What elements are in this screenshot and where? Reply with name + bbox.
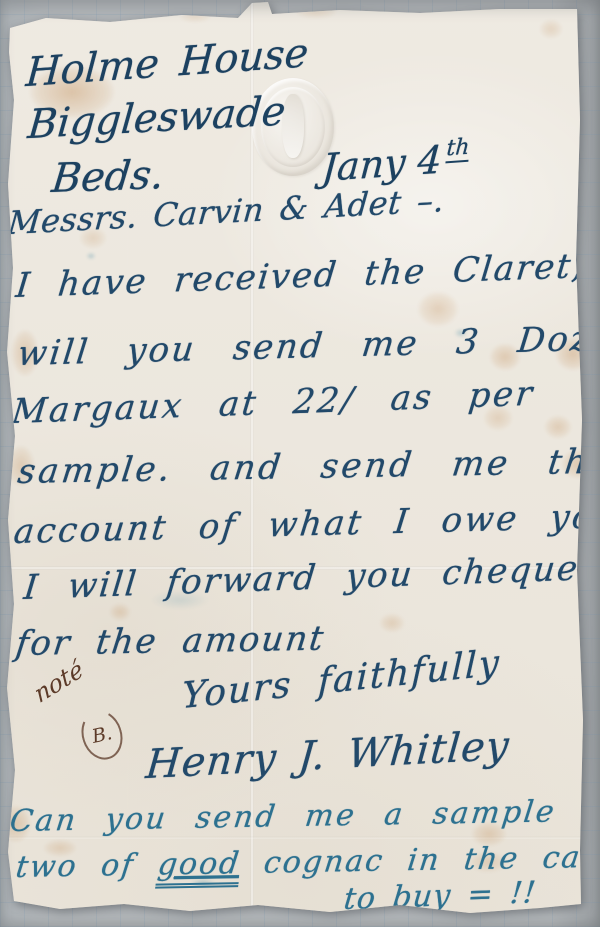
ink-smudge: [86, 252, 96, 260]
date-ordinal-superscript: th: [446, 135, 471, 164]
letter-date: Jany 4th: [320, 136, 470, 191]
foxing-stain: [110, 604, 130, 620]
postscript-emphasis-good: good: [155, 846, 243, 889]
foxing-stain: [418, 292, 458, 326]
letter-paper: Holme House Biggleswade Beds. Jany 4th M…: [0, 0, 600, 927]
foxing-stain: [540, 20, 562, 38]
letterhead-address-line-3: Beds.: [50, 152, 167, 202]
dealer-mark: B.: [90, 722, 114, 748]
dealer-mark-circle: B.: [75, 705, 128, 765]
body-line-6: I will forward you cheque: [22, 549, 581, 609]
body-line-3: Margaux at 22/ as per: [10, 374, 537, 432]
body-line-7: for the amount: [14, 619, 328, 664]
letter-photograph: Holme House Biggleswade Beds. Jany 4th M…: [0, 0, 600, 927]
postscript-line-2-post: cognac in the case: [238, 839, 600, 881]
postscript-line-3-post: = !!: [449, 875, 538, 913]
postscript-line-2-pre: two of: [14, 847, 160, 885]
paper-shadow: Holme House Biggleswade Beds. Jany 4th M…: [0, 0, 600, 927]
signature: Henry J. Whitley: [144, 723, 511, 788]
postscript-line-3: to buy = !!: [342, 875, 538, 917]
postscript-emphasis-to-buy: to buy: [342, 878, 453, 922]
postscript-line-1: Can you send me a sample or: [8, 793, 600, 839]
letterhead-address-line-2: Biggleswade: [26, 88, 287, 148]
letterhead-address-line-1: Holme House: [24, 30, 310, 96]
foxing-stain: [545, 416, 571, 438]
body-line-2: will you send me 3 Doz: [16, 319, 594, 374]
foxing-stain: [180, 12, 210, 22]
body-line-1: I have received the Claret,: [14, 246, 587, 306]
foxing-stain: [296, 6, 336, 18]
body-line-4: sample. and send me the: [16, 442, 600, 492]
foxing-stain: [380, 614, 404, 632]
body-line-5: account of what I owe you: [12, 496, 600, 552]
